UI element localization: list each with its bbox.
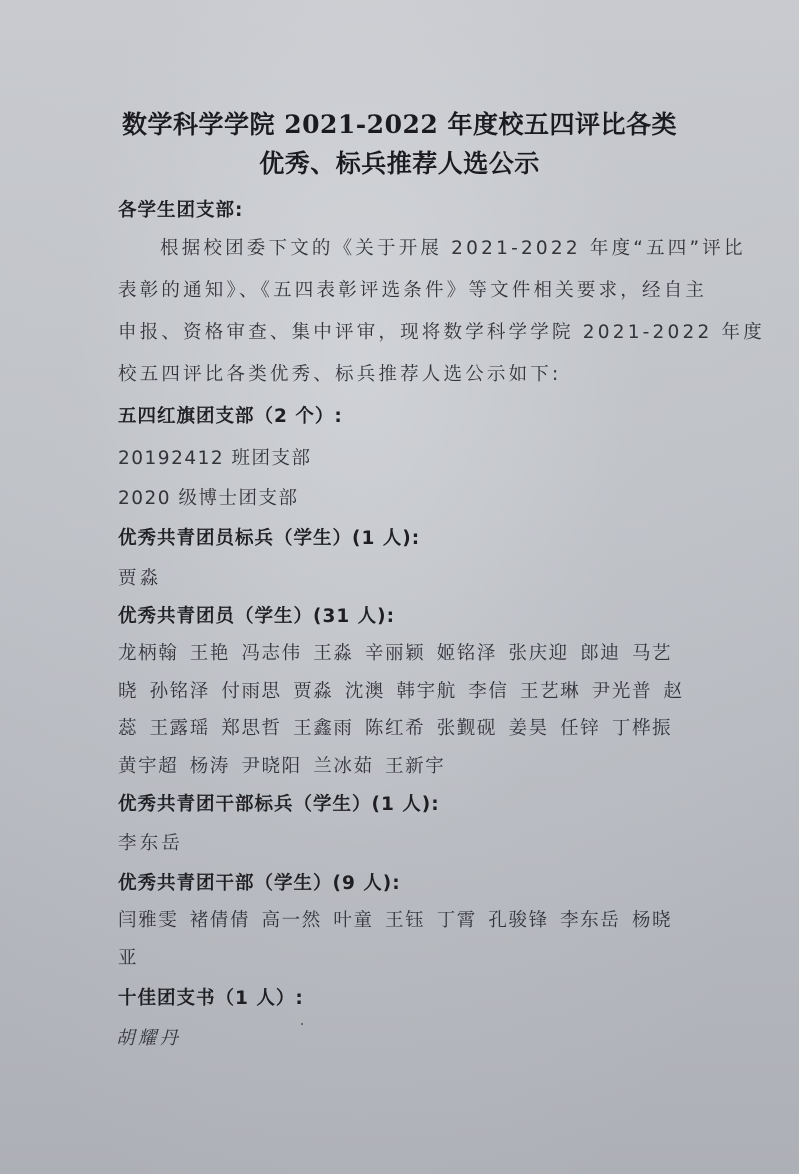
paragraph-line: 申报、资格审查、集中评审，现将数学科学学院 2021-2022 年度 — [118, 324, 765, 343]
section-heading-top-ten-branch-secretary: 十佳团支书（1 人）: — [118, 990, 304, 1009]
paragraph-line: 根据校团委下文的《关于开展 2021-2022 年度“五四”评比 — [160, 240, 746, 259]
paragraph-line: 表彰的通知》、《五四表彰评选条件》等文件相关要求，经自主 — [118, 282, 707, 301]
section-heading-excellent-league-cadre: 优秀共青团干部（学生）(9 人): — [118, 875, 401, 894]
name-list-line: 闫雅雯 褚倩倩 高一然 叶童 王钰 丁霄 孔骏锋 李东岳 杨晓 — [118, 912, 672, 931]
section-heading-excellent-league-member: 优秀共青团员（学生）(31 人): — [118, 608, 395, 627]
paragraph-line: 校五四评比各类优秀、标兵推荐人选公示如下: — [118, 366, 561, 385]
section-heading-model-league-member: 优秀共青团员标兵（学生）(1 人): — [118, 530, 420, 549]
name-list-line: 蕊 王露瑶 郑思哲 王鑫雨 陈红希 张觐砚 姜昊 任锌 丁桦振 — [118, 720, 672, 739]
paper-speck — [301, 1023, 303, 1025]
document-page: 数学科学学院 2021-2022 年度校五四评比各类 优秀、标兵推荐人选公示 各… — [0, 0, 799, 1174]
section-item: 贾淼 — [118, 570, 161, 589]
name-list-line: 龙柄翰 王艳 冯志伟 王淼 辛丽颖 姬铭泽 张庆迎 郎迪 马艺 — [118, 645, 672, 664]
section-item: 李东岳 — [118, 835, 183, 854]
salutation: 各学生团支部: — [118, 202, 243, 221]
name-list-line: 黄宇超 杨涛 尹晓阳 兰冰茹 王新宇 — [118, 758, 445, 777]
name-list-line: 亚 — [118, 950, 138, 969]
section-item: 胡耀丹 — [116, 1030, 181, 1049]
document-title-line-2: 优秀、标兵推荐人选公示 — [0, 151, 799, 176]
section-heading-model-league-cadre: 优秀共青团干部标兵（学生）(1 人): — [118, 796, 440, 815]
section-heading-red-flag-branch: 五四红旗团支部（2 个）: — [118, 408, 343, 427]
name-list-line: 晓 孙铭泽 付雨思 贾淼 沈澳 韩宇航 李信 王艺琳 尹光普 赵 — [118, 683, 684, 702]
section-item: 2020 级博士团支部 — [118, 490, 298, 509]
document-title-line-1: 数学科学学院 2021-2022 年度校五四评比各类 — [0, 112, 799, 137]
section-item: 20192412 班团支部 — [118, 450, 312, 469]
